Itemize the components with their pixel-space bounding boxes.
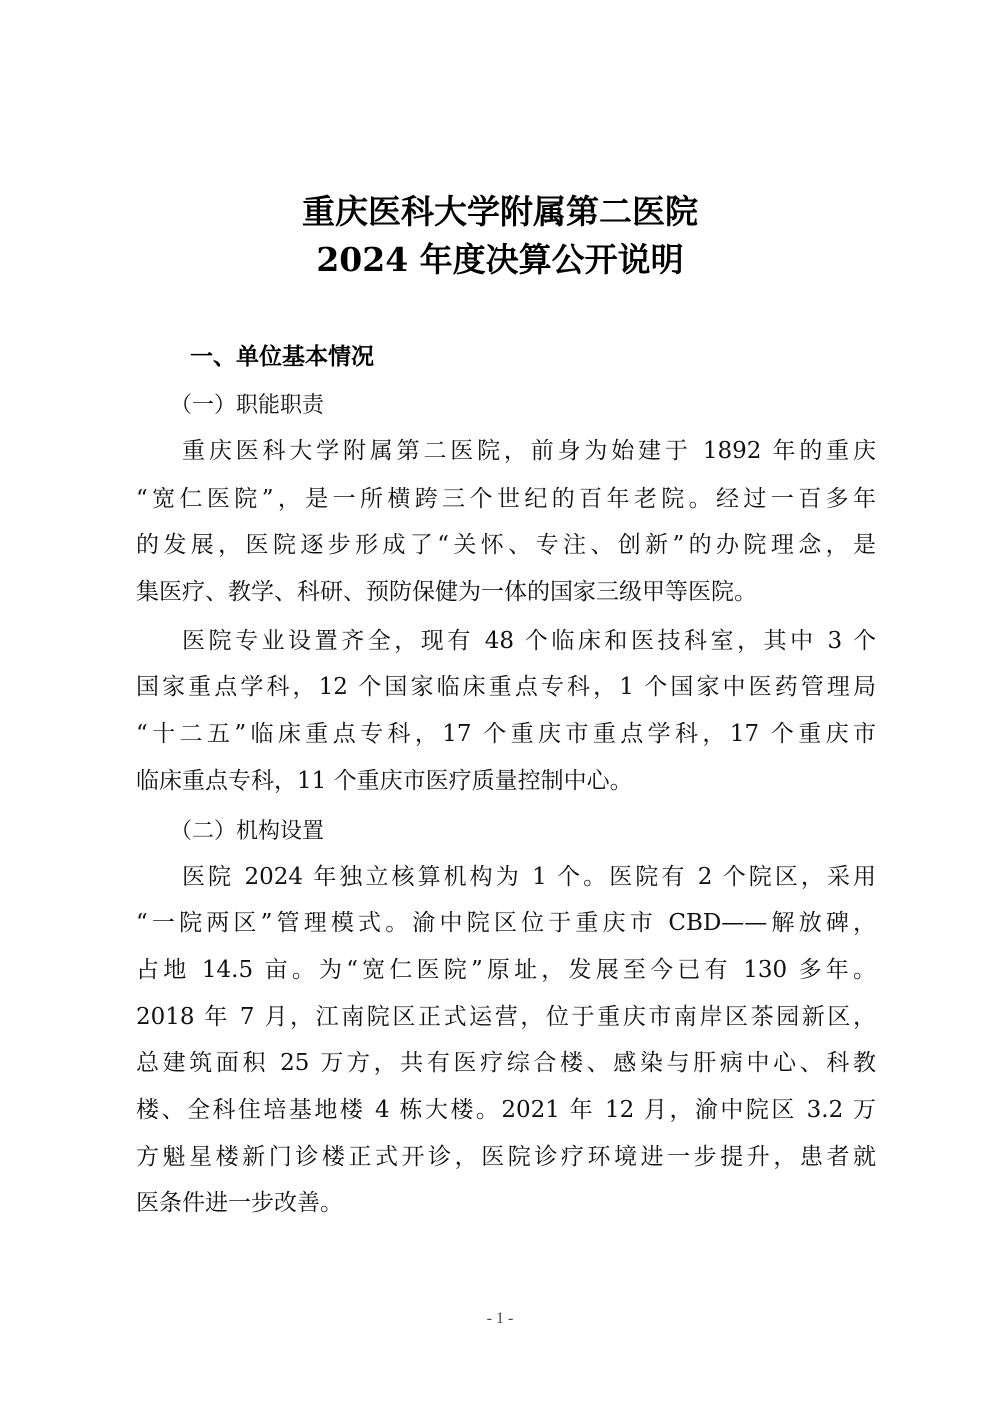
section-heading-basic-info: 一、单位基本情况	[190, 338, 374, 371]
paragraph-line: 临床重点专科，11 个重庆市医疗质量控制中心。	[136, 766, 876, 796]
document-page: 重庆医科大学附属第二医院 2024 年度决算公开说明 一、单位基本情况 （一）职…	[0, 0, 1000, 1413]
paragraph-line: 2018 年 7 月，江南院区正式运营，位于重庆市南岸区茶园新区，	[136, 1002, 876, 1032]
subsection-heading-organization: （二）机构设置	[170, 814, 324, 845]
paragraph-line: 楼、全科住培基地楼 4 栋大楼。2021 年 12 月，渝中院区 3.2 万	[136, 1095, 876, 1125]
paragraph-line: 方魁星楼新门诊楼正式开诊，医院诊疗环境进一步提升，患者就	[136, 1142, 876, 1172]
paragraph-line: 医院专业设置齐全，现有 48 个临床和医技科室，其中 3 个	[182, 626, 876, 656]
paragraph-line: 重庆医科大学附属第二医院，前身为始建于 1892 年的重庆	[182, 436, 876, 466]
paragraph-line: 集医疗、教学、科研、预防保健为一体的国家三级甲等医院。	[136, 577, 876, 607]
paragraph-line: “十二五”临床重点专科，17 个重庆市重点学科，17 个重庆市	[136, 719, 876, 749]
paragraph-line: 占地 14.5 亩。为“宽仁医院”原址，发展至今已有 130 多年。	[136, 955, 876, 985]
document-title-line2: 2024 年度决算公开说明	[0, 234, 1000, 281]
subsection-heading-functions: （一）职能职责	[170, 388, 324, 419]
paragraph-line: 医条件进一步改善。	[136, 1188, 876, 1218]
paragraph-line: 的发展，医院逐步形成了“关怀、专注、创新”的办院理念，是	[136, 530, 876, 560]
paragraph-line: 国家重点学科，12 个国家临床重点专科，1 个国家中医药管理局	[136, 672, 876, 702]
paragraph-line: “一院两区”管理模式。渝中院区位于重庆市 CBD——解放碑，	[136, 908, 876, 938]
page-number: - 1 -	[0, 1310, 1000, 1328]
paragraph-line: 医院 2024 年独立核算机构为 1 个。医院有 2 个院区，采用	[182, 862, 876, 892]
paragraph-line: “宽仁医院”，是一所横跨三个世纪的百年老院。经过一百多年	[136, 484, 876, 514]
document-title-line1: 重庆医科大学附属第二医院	[0, 186, 1000, 233]
paragraph-line: 总建筑面积 25 万方，共有医疗综合楼、感染与肝病中心、科教	[136, 1048, 876, 1078]
